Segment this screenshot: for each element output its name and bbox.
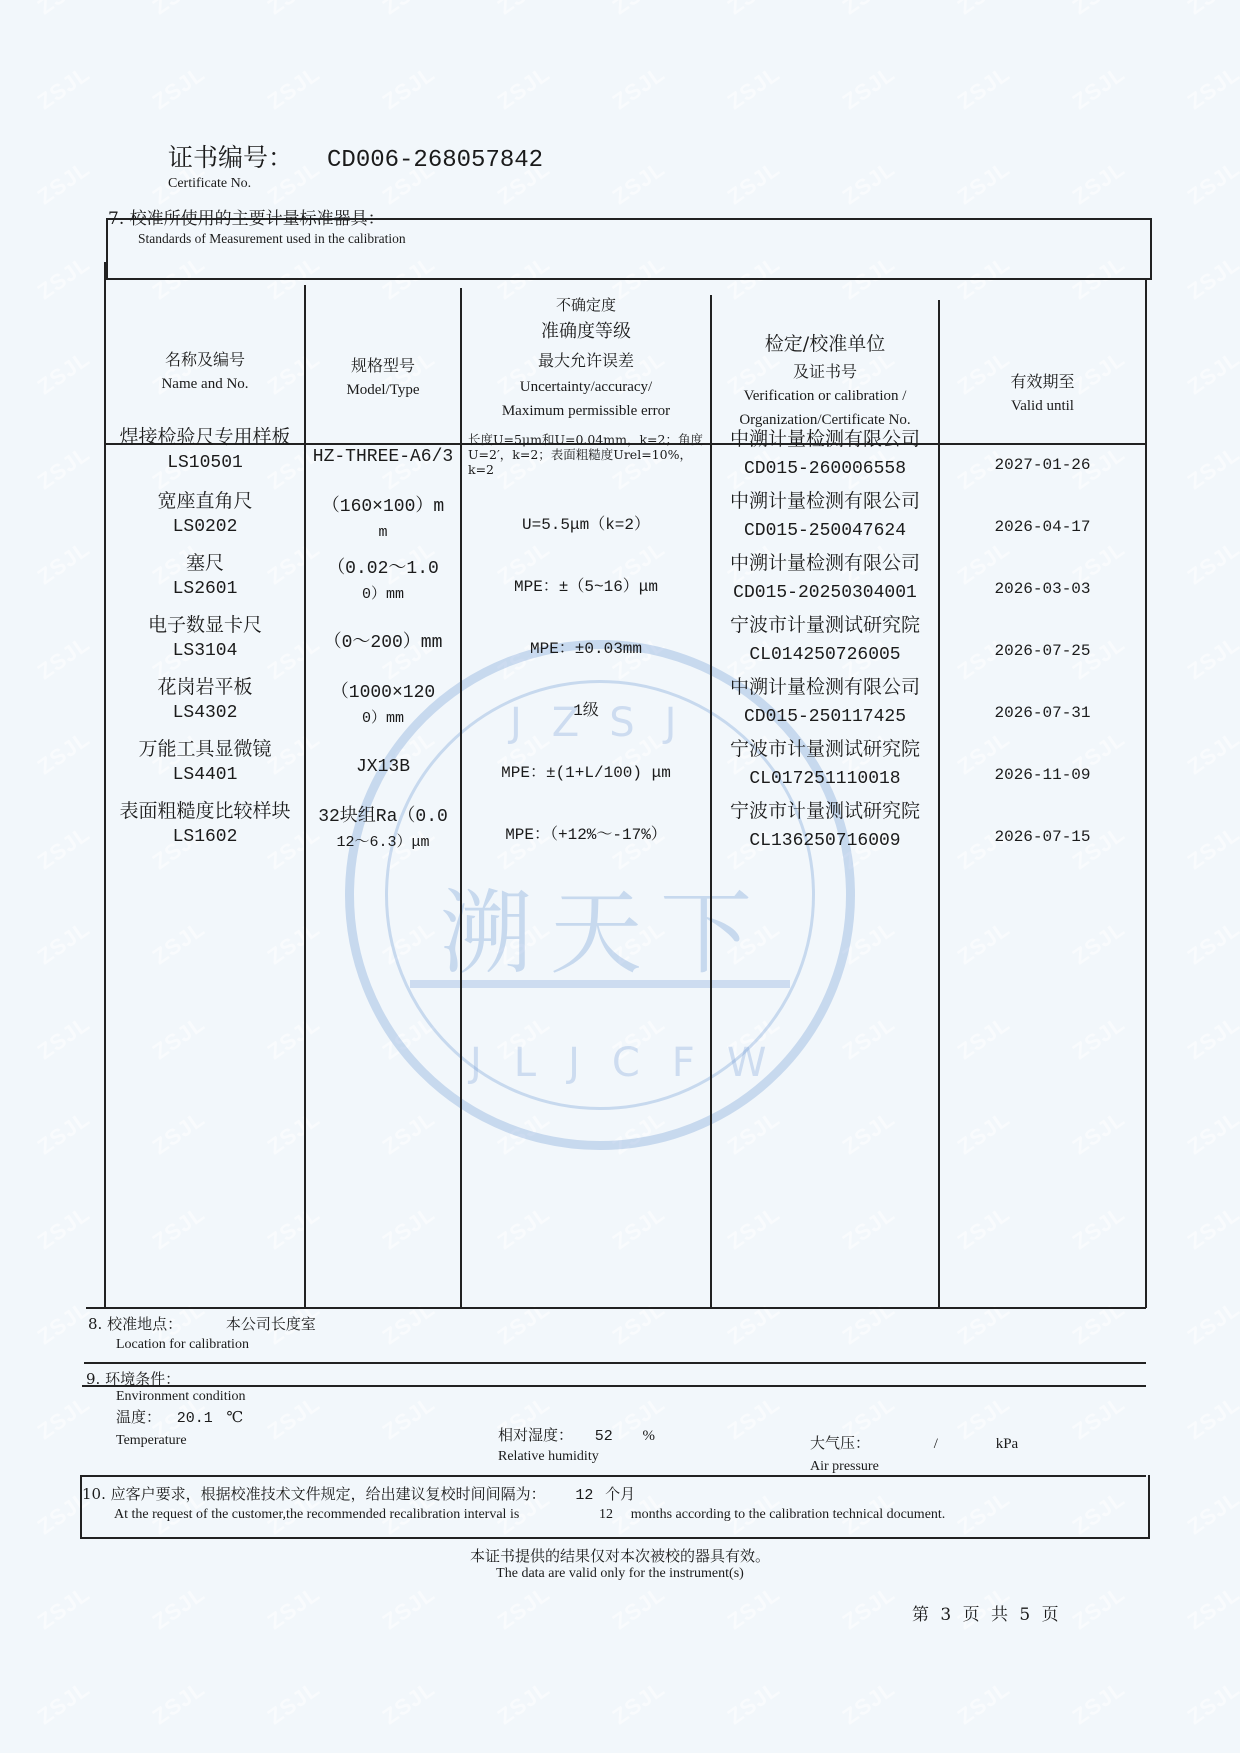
watermark-text: ZSJL: [33, 631, 95, 685]
section-7-title-en: Standards of Measurement used in the cal…: [138, 231, 406, 247]
watermark-text: ZSJL: [148, 1676, 210, 1730]
accuracy-text: 长度U=5μm和U=0.04mm，k=2；角度U=2′，k=2；表面粗糙度Ure…: [464, 432, 708, 477]
watermark-text: ZSJL: [33, 61, 95, 115]
table-cell-valid: 2027-01-26: [940, 452, 1145, 478]
watermark-text: ZSJL: [148, 1581, 210, 1635]
standard-no: LS2601: [106, 576, 304, 602]
watermark-text: ZSJL: [608, 1296, 670, 1350]
valid-until: 2026-11-09: [940, 762, 1145, 788]
watermark-text: ZSJL: [838, 916, 900, 970]
table-cell-accuracy: MPE：±（5~16）μm: [462, 574, 710, 600]
calibration-organization: 中溯计量检测有限公司: [712, 550, 938, 576]
table-cell-valid: 2026-07-31: [940, 700, 1145, 726]
pressure-value: /: [934, 1436, 938, 1452]
valid-until: 2026-07-25: [940, 638, 1145, 664]
watermark-text: ZSJL: [723, 1391, 785, 1445]
table-cell-accuracy: U=5.5μm（k=2）: [462, 512, 710, 538]
watermark-text: ZSJL: [838, 61, 900, 115]
section-10-text: 10. 应客户要求，根据校准技术文件规定，给出建议复校时间间隔为：: [82, 1485, 546, 1503]
watermark-text: ZSJL: [1183, 1676, 1240, 1730]
model-line-1: JX13B: [306, 754, 460, 780]
watermark-text: ZSJL: [378, 61, 440, 115]
table-cell-model: （0～200）mm: [306, 630, 460, 656]
certificate-label-en: Certificate No.: [168, 176, 543, 192]
table-cell-valid: 2026-07-25: [940, 638, 1145, 664]
rule: [1150, 218, 1152, 278]
watermark-text: ZSJL: [493, 1296, 555, 1350]
table-cell-accuracy: 长度U=5μm和U=0.04mm，k=2；角度U=2′，k=2；表面粗糙度Ure…: [464, 432, 708, 477]
watermark-text: ZSJL: [1183, 821, 1240, 875]
column-header-accuracy-en1: Uncertainty/accuracy/: [462, 375, 710, 399]
humidity-label-en: Relative humidity: [498, 1449, 655, 1465]
watermark-text: ZSJL: [723, 156, 785, 210]
seal-text: 溯天下: [440, 860, 770, 992]
watermark-text: ZSJL: [263, 1676, 325, 1730]
watermark-text: ZSJL: [33, 1676, 95, 1730]
watermark-text: ZSJL: [33, 726, 95, 780]
watermark-text: ZSJL: [33, 1011, 95, 1065]
standard-name: 电子数显卡尺: [106, 612, 304, 638]
column-header-valid-zh: 有效期至: [940, 370, 1145, 394]
watermark-text: ZSJL: [608, 1201, 670, 1255]
watermark-text: ZSJL: [838, 156, 900, 210]
section-8: 8. 校准地点： 本公司长度室 Location for calibration: [88, 1313, 316, 1353]
watermark-text: ZSJL: [723, 61, 785, 115]
column-header-organization: 检定/校准单位 及证书号 Verification or calibration…: [712, 328, 938, 432]
table-cell-organization: 宁波市计量测试研究院CL014250726005: [712, 612, 938, 668]
watermark-text: ZSJL: [493, 1581, 555, 1635]
watermark-text: ZSJL: [608, 1011, 670, 1065]
column-header-model: 规格型号 Model/Type: [306, 354, 460, 402]
watermark-text: ZSJL: [378, 1201, 440, 1255]
table-cell-name: 宽座直角尺LS0202: [106, 488, 304, 540]
standard-name: 花岗岩平板: [106, 674, 304, 700]
calibration-organization: 中溯计量检测有限公司: [712, 488, 938, 514]
watermark-text: ZSJL: [1183, 1106, 1240, 1160]
watermark-text: ZSJL: [1183, 1581, 1240, 1635]
watermark-text: ZSJL: [33, 1296, 95, 1350]
model-line-1: HZ-THREE-A6/3: [306, 444, 460, 470]
table-cell-model: （1000×1200）mm: [306, 680, 460, 732]
section-8-label: 8. 校准地点：: [88, 1315, 182, 1333]
watermark-text: ZSJL: [1068, 1391, 1130, 1445]
column-header-name-en: Name and No.: [106, 372, 304, 396]
watermark-text: ZSJL: [953, 156, 1015, 210]
calibration-organization: 宁波市计量测试研究院: [712, 736, 938, 762]
watermark-text: ZSJL: [33, 1581, 95, 1635]
watermark-text: ZSJL: [378, 916, 440, 970]
table-cell-accuracy: MPE：±(1+L/100) μm: [462, 760, 710, 786]
model-line-2: 12～6.3）μm: [306, 830, 460, 856]
accuracy-text: MPE：（+12%～-17%）: [462, 822, 710, 848]
standard-name: 万能工具显微镜: [106, 736, 304, 762]
watermark-text: ZSJL: [953, 0, 1015, 20]
certificate-no: CL017251110018: [712, 766, 938, 792]
table-cell-name: 塞尺LS2601: [106, 550, 304, 602]
table-cell-accuracy: 1级: [462, 698, 710, 724]
watermark-text: ZSJL: [1068, 916, 1130, 970]
watermark-text: ZSJL: [1068, 0, 1130, 20]
humidity-unit: %: [643, 1428, 656, 1444]
model-line-2: 0）mm: [306, 706, 460, 732]
table-cell-model: JX13B: [306, 754, 460, 780]
calibration-organization: 中溯计量检测有限公司: [712, 426, 938, 452]
recalibration-unit-en: months according to the calibration tech…: [631, 1507, 946, 1522]
section-7-title-zh: 7. 校准所使用的主要计量标准器具：: [108, 204, 406, 229]
temperature-value: 20.1: [177, 1410, 213, 1427]
watermark-text: ZSJL: [723, 1581, 785, 1635]
rule: [86, 1307, 1146, 1309]
standard-no: LS4401: [106, 762, 304, 788]
watermark-text: ZSJL: [33, 821, 95, 875]
watermark-text: ZSJL: [1068, 1676, 1130, 1730]
watermark-text: ZSJL: [263, 1581, 325, 1635]
standard-no: LS1602: [106, 824, 304, 850]
watermark-text: ZSJL: [378, 1296, 440, 1350]
validity-note-zh: 本证书提供的结果仅对本次被校的器具有效。: [0, 1545, 1240, 1566]
validity-note-en: The data are valid only for the instrume…: [0, 1566, 1240, 1582]
watermark-text: ZSJL: [953, 1106, 1015, 1160]
standard-name: 表面粗糙度比较样块: [106, 798, 304, 824]
certificate-no: CD015-250117425: [712, 704, 938, 730]
pressure-unit: kPa: [996, 1436, 1019, 1452]
table-cell-organization: 中溯计量检测有限公司CD015-260006558: [712, 426, 938, 482]
standard-no: LS10501: [106, 450, 304, 476]
pressure-label: 大气压：: [810, 1434, 870, 1452]
watermark-text: ZSJL: [608, 61, 670, 115]
watermark-text: ZSJL: [723, 916, 785, 970]
watermark-text: ZSJL: [493, 0, 555, 20]
certificate-no: CD015-20250304001: [712, 580, 938, 606]
model-line-2: 0）mm: [306, 582, 460, 608]
table-cell-name: 花岗岩平板LS4302: [106, 674, 304, 726]
watermark-text: ZSJL: [493, 61, 555, 115]
humidity-label: 相对湿度：: [498, 1426, 573, 1444]
watermark-text: ZSJL: [263, 0, 325, 20]
temperature-unit: ℃: [227, 1410, 244, 1426]
certificate-no: CL014250726005: [712, 642, 938, 668]
column-header-valid: 有效期至 Valid until: [940, 370, 1145, 418]
watermark-text: ZSJL: [148, 61, 210, 115]
table-cell-model: 32块组Ra（0.012～6.3）μm: [306, 804, 460, 856]
watermark-text: ZSJL: [1183, 1201, 1240, 1255]
watermark-text: ZSJL: [1183, 251, 1240, 305]
watermark-text: ZSJL: [493, 1106, 555, 1160]
section-9-label-en: Environment condition: [116, 1389, 245, 1405]
watermark-text: ZSJL: [1183, 1391, 1240, 1445]
section-10: 10. 应客户要求，根据校准技术文件规定，给出建议复校时间间隔为： 12 个月 …: [82, 1483, 1142, 1523]
temperature-field: 温度： 20.1 ℃ Temperature: [116, 1406, 243, 1449]
calibration-organization: 宁波市计量测试研究院: [712, 798, 938, 824]
temperature-label: 温度：: [116, 1408, 161, 1426]
table-cell-name: 表面粗糙度比较样块LS1602: [106, 798, 304, 850]
watermark-text: ZSJL: [1183, 441, 1240, 495]
accuracy-text: MPE：±（5~16）μm: [462, 574, 710, 600]
table-cell-organization: 宁波市计量测试研究院CL136250716009: [712, 798, 938, 854]
watermark-text: ZSJL: [1183, 156, 1240, 210]
column-header-accuracy: 不确定度 准确度等级 最大允许误差 Uncertainty/accuracy/ …: [462, 293, 710, 423]
watermark-text: ZSJL: [608, 1581, 670, 1635]
standard-no: LS3104: [106, 638, 304, 664]
column-header-accuracy-zh1: 不确定度: [462, 293, 710, 317]
watermark-text: ZSJL: [723, 1296, 785, 1350]
watermark-text: ZSJL: [953, 916, 1015, 970]
seal-arc-bottom: JLJCFW: [470, 1040, 798, 1086]
watermark-text: ZSJL: [1183, 1296, 1240, 1350]
model-line-1: （0.02～1.0: [306, 556, 460, 582]
watermark-text: ZSJL: [723, 0, 785, 20]
certificate-number-block: 证书编号： CD006-268057842 Certificate No.: [168, 138, 543, 192]
watermark-text: ZSJL: [33, 156, 95, 210]
table-cell-organization: 中溯计量检测有限公司CD015-250117425: [712, 674, 938, 730]
rule: [82, 1385, 1146, 1387]
column-header-model-en: Model/Type: [306, 378, 460, 402]
certificate-label: 证书编号：: [168, 143, 293, 172]
column-header-org-en1: Verification or calibration /: [712, 384, 938, 408]
table-cell-accuracy: MPE：±0.03mm: [462, 636, 710, 662]
certificate-no: CD015-260006558: [712, 456, 938, 482]
watermark-text: ZSJL: [1183, 536, 1240, 590]
watermark-text: ZSJL: [608, 1106, 670, 1160]
table-cell-name: 电子数显卡尺LS3104: [106, 612, 304, 664]
model-line-1: （160×100）m: [306, 494, 460, 520]
watermark-text: ZSJL: [723, 1676, 785, 1730]
watermark-text: ZSJL: [1183, 0, 1240, 20]
valid-until: 2026-03-03: [940, 576, 1145, 602]
table-border-right: [1145, 278, 1147, 1308]
table-cell-valid: 2026-03-03: [940, 576, 1145, 602]
validity-note: 本证书提供的结果仅对本次被校的器具有效。 The data are valid …: [0, 1545, 1240, 1582]
pressure-label-en: Air pressure: [810, 1459, 1018, 1475]
model-line-1: 32块组Ra（0.0: [306, 804, 460, 830]
watermark-text: ZSJL: [33, 1106, 95, 1160]
table-cell-name: 万能工具显微镜LS4401: [106, 736, 304, 788]
watermark-text: ZSJL: [1183, 726, 1240, 780]
humidity-value: 52: [595, 1428, 613, 1445]
column-header-name-zh: 名称及编号: [106, 348, 304, 372]
watermark-text: ZSJL: [33, 916, 95, 970]
column-header-accuracy-zh3: 最大允许误差: [462, 347, 710, 375]
watermark-text: ZSJL: [838, 1011, 900, 1065]
table-cell-model: （0.02～1.00）mm: [306, 556, 460, 608]
watermark-text: ZSJL: [148, 1106, 210, 1160]
table-cell-name: 焊接检验尺专用样板LS10501: [106, 424, 304, 476]
watermark-text: ZSJL: [1183, 346, 1240, 400]
watermark-text: ZSJL: [1183, 1011, 1240, 1065]
recalibration-interval-en: 12: [599, 1507, 613, 1522]
humidity-field: 相对湿度： 52 % Relative humidity: [498, 1424, 655, 1465]
accuracy-text: 1级: [462, 698, 710, 724]
watermark-text: ZSJL: [263, 61, 325, 115]
col-divider: [460, 288, 462, 1307]
rule: [1148, 1475, 1150, 1538]
standard-name: 塞尺: [106, 550, 304, 576]
watermark-text: ZSJL: [723, 1201, 785, 1255]
watermark-text: ZSJL: [1068, 61, 1130, 115]
recalibration-interval: 12: [575, 1487, 593, 1504]
standard-no: LS0202: [106, 514, 304, 540]
model-line-1: （1000×120: [306, 680, 460, 706]
standard-name: 焊接检验尺专用样板: [106, 424, 304, 450]
table-cell-valid: 2026-11-09: [940, 762, 1145, 788]
rule: [80, 1537, 1150, 1539]
calibration-location: 本公司长度室: [226, 1315, 316, 1333]
calibration-organization: 中溯计量检测有限公司: [712, 674, 938, 700]
standard-name: 宽座直角尺: [106, 488, 304, 514]
certificate-no: CL136250716009: [712, 828, 938, 854]
watermark-text: ZSJL: [148, 1011, 210, 1065]
temperature-label-en: Temperature: [116, 1433, 243, 1449]
watermark-text: ZSJL: [33, 536, 95, 590]
watermark-text: ZSJL: [838, 0, 900, 20]
watermark-text: ZSJL: [953, 1201, 1015, 1255]
watermark-text: ZSJL: [378, 0, 440, 20]
rule: [106, 278, 1152, 280]
watermark-text: ZSJL: [838, 1676, 900, 1730]
recalibration-unit: 个月: [605, 1485, 635, 1503]
valid-until: 2026-04-17: [940, 514, 1145, 540]
watermark-text: ZSJL: [1183, 631, 1240, 685]
watermark-text: ZSJL: [1068, 1201, 1130, 1255]
watermark-text: ZSJL: [263, 1391, 325, 1445]
accuracy-text: MPE：±(1+L/100) μm: [462, 760, 710, 786]
table-cell-organization: 宁波市计量测试研究院CL017251110018: [712, 736, 938, 792]
watermark-text: ZSJL: [148, 0, 210, 20]
certificate-no: CD015-250047624: [712, 518, 938, 544]
section-9: 9. 环境条件： Environment condition: [86, 1368, 245, 1405]
watermark-text: ZSJL: [608, 156, 670, 210]
watermark-text: ZSJL: [953, 61, 1015, 115]
pressure-field: 大气压： / kPa Air pressure: [810, 1432, 1018, 1475]
watermark-text: ZSJL: [838, 1201, 900, 1255]
table-cell-model: （160×100）mm: [306, 494, 460, 546]
watermark-text: ZSJL: [263, 1011, 325, 1065]
watermark-text: ZSJL: [838, 1296, 900, 1350]
page-number: 第 3 页 共 5 页: [912, 1600, 1059, 1625]
column-header-model-zh: 规格型号: [306, 354, 460, 378]
calibration-organization: 宁波市计量测试研究院: [712, 612, 938, 638]
watermark-text: ZSJL: [33, 251, 95, 305]
watermark-text: ZSJL: [1183, 1486, 1240, 1540]
watermark-text: ZSJL: [263, 916, 325, 970]
valid-until: 2026-07-31: [940, 700, 1145, 726]
column-header-name: 名称及编号 Name and No.: [106, 348, 304, 396]
watermark-text: ZSJL: [953, 1676, 1015, 1730]
section-8-label-en: Location for calibration: [116, 1337, 316, 1353]
watermark-text: ZSJL: [608, 0, 670, 20]
table-cell-organization: 中溯计量检测有限公司CD015-20250304001: [712, 550, 938, 606]
valid-until: 2027-01-26: [940, 452, 1145, 478]
watermark-text: ZSJL: [1068, 156, 1130, 210]
watermark-text: ZSJL: [263, 1201, 325, 1255]
section-7-title: 7. 校准所使用的主要计量标准器具： Standards of Measurem…: [108, 204, 406, 247]
column-header-accuracy-en2: Maximum permissible error: [462, 399, 710, 423]
watermark-text: ZSJL: [33, 1201, 95, 1255]
watermark-text: ZSJL: [838, 1106, 900, 1160]
table-cell-model: HZ-THREE-A6/3: [306, 444, 460, 470]
table-cell-accuracy: MPE：（+12%～-17%）: [462, 822, 710, 848]
watermark-text: ZSJL: [1068, 1011, 1130, 1065]
watermark-text: ZSJL: [723, 1011, 785, 1065]
watermark-text: ZSJL: [493, 1201, 555, 1255]
watermark-text: ZSJL: [1183, 61, 1240, 115]
column-header-valid-en: Valid until: [940, 394, 1145, 418]
watermark-text: ZSJL: [33, 346, 95, 400]
table-cell-organization: 中溯计量检测有限公司CD015-250047624: [712, 488, 938, 544]
watermark-text: ZSJL: [378, 1581, 440, 1635]
column-header-org-zh2: 及证书号: [712, 360, 938, 384]
table-cell-valid: 2026-07-15: [940, 824, 1145, 850]
seal-bar: [410, 980, 790, 988]
accuracy-text: MPE：±0.03mm: [462, 636, 710, 662]
watermark-text: ZSJL: [1068, 1296, 1130, 1350]
certificate-number: CD006-268057842: [327, 147, 543, 174]
watermark-text: ZSJL: [33, 441, 95, 495]
model-line-2: m: [306, 520, 460, 546]
watermark-text: ZSJL: [608, 916, 670, 970]
column-header-accuracy-zh2: 准确度等级: [462, 317, 710, 347]
watermark-text: ZSJL: [493, 1011, 555, 1065]
rule: [80, 1475, 1146, 1477]
watermark-text: ZSJL: [33, 0, 95, 20]
watermark-text: ZSJL: [838, 1581, 900, 1635]
watermark-text: ZSJL: [1183, 916, 1240, 970]
section-10-text-en: At the request of the customer,the recom…: [114, 1507, 519, 1522]
watermark-text: ZSJL: [493, 916, 555, 970]
watermark-text: ZSJL: [378, 1676, 440, 1730]
rule: [84, 1362, 1146, 1364]
standard-no: LS4302: [106, 700, 304, 726]
valid-until: 2026-07-15: [940, 824, 1145, 850]
watermark-text: ZSJL: [723, 1106, 785, 1160]
rule: [80, 1475, 82, 1538]
watermark-text: ZSJL: [378, 1106, 440, 1160]
column-header-org-zh1: 检定/校准单位: [712, 328, 938, 360]
col-divider: [304, 285, 306, 1307]
watermark-text: ZSJL: [953, 1011, 1015, 1065]
watermark-text: ZSJL: [148, 1201, 210, 1255]
watermark-text: ZSJL: [378, 1391, 440, 1445]
table-cell-valid: 2026-04-17: [940, 514, 1145, 540]
watermark-text: ZSJL: [608, 1676, 670, 1730]
watermark-text: ZSJL: [493, 1676, 555, 1730]
model-line-1: （0～200）mm: [306, 630, 460, 656]
watermark-text: ZSJL: [378, 1011, 440, 1065]
watermark-text: ZSJL: [263, 1106, 325, 1160]
watermark-text: ZSJL: [1068, 1106, 1130, 1160]
watermark-text: ZSJL: [148, 916, 210, 970]
watermark-text: ZSJL: [1068, 1581, 1130, 1635]
watermark-text: ZSJL: [953, 1296, 1015, 1350]
accuracy-text: U=5.5μm（k=2）: [462, 512, 710, 538]
